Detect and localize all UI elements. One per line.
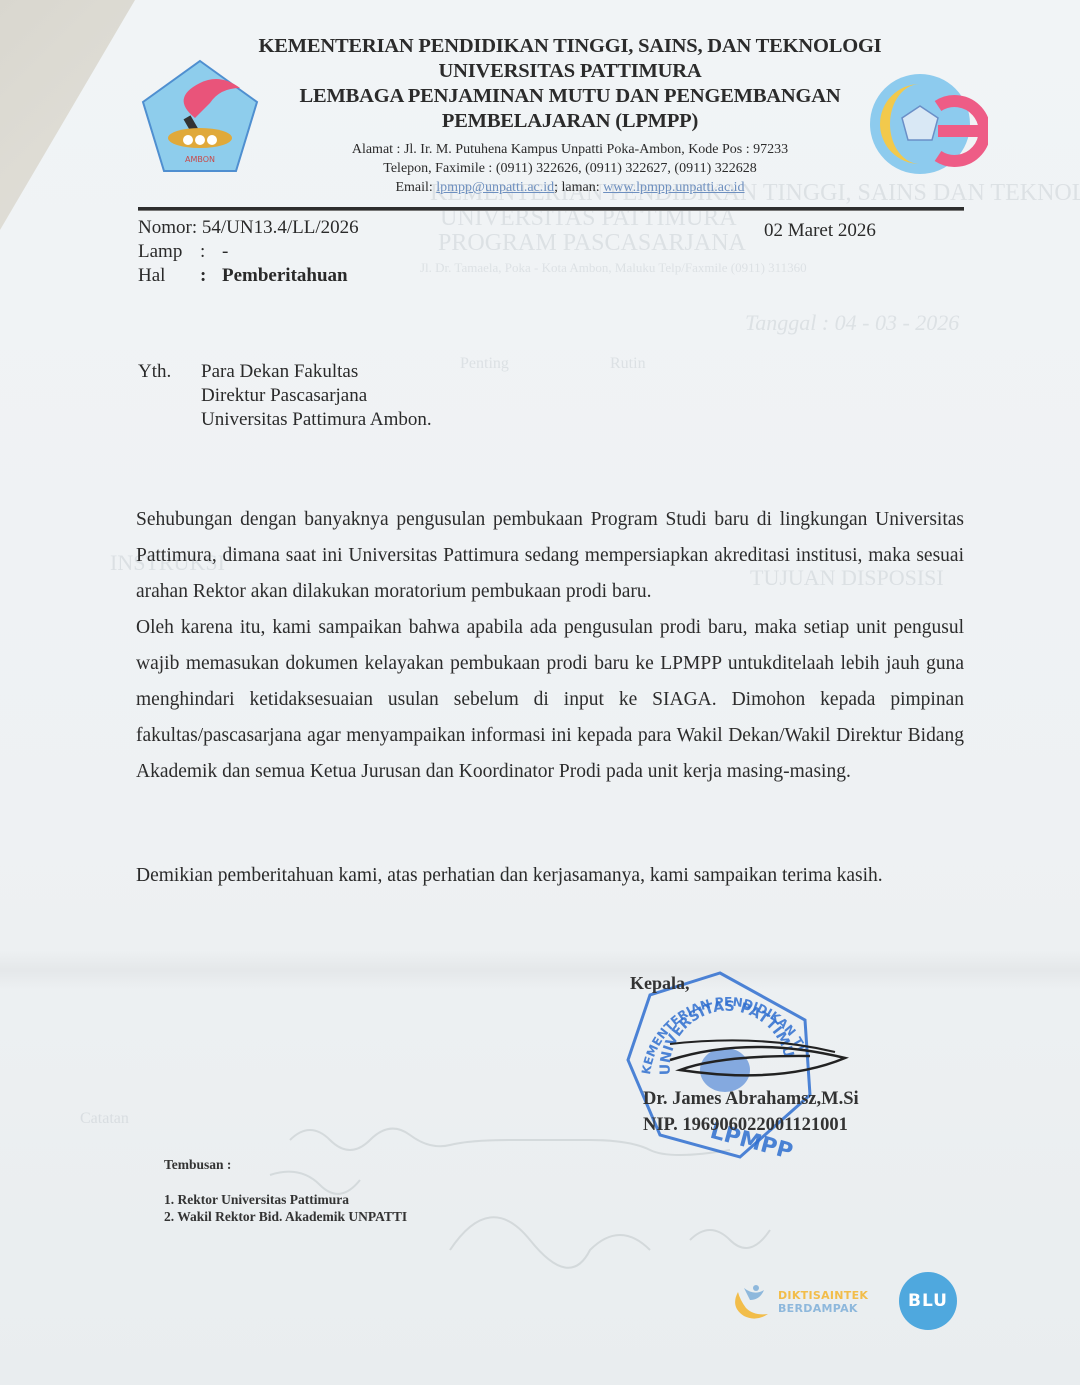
lamp-row: Lamp:- — [138, 240, 359, 264]
contact-line: Email: lpmpp@unpatti.ac.id; laman: www.l… — [200, 178, 940, 197]
signatory-block: Dr. James Abrahamsz,M.Si NIP. 1969060220… — [643, 1086, 859, 1138]
hal-label: Hal — [138, 264, 200, 288]
signatory-title: Kepala, — [630, 973, 690, 994]
bleed-status-penting: Penting — [460, 355, 509, 373]
closing-sentence: Demikian pemberitahuan kami, atas perhat… — [136, 865, 976, 887]
tembusan-label: Tembusan : — [164, 1156, 407, 1173]
lamp-value: - — [222, 240, 228, 264]
letter-meta: Nomor: 54/UN13.4/LL/2026 Lamp:- Hal:Pemb… — [138, 216, 359, 288]
hal-sep: : — [200, 264, 222, 288]
phone: Telepon, Faximile : (0911) 322626, (0911… — [200, 159, 940, 178]
institute-name: LEMBAGA PENJAMINAN MUTU DAN PENGEMBANGAN — [200, 84, 940, 109]
nomor-label: Nomor — [138, 216, 192, 240]
signatory-name: Dr. James Abrahamsz,M.Si — [643, 1086, 859, 1112]
nomor-row: Nomor: 54/UN13.4/LL/2026 — [138, 216, 359, 240]
dikti-line-1: DIKTISAINTEK — [778, 1289, 868, 1302]
lamp-label: Lamp — [138, 240, 200, 264]
institute-name-2: PEMBELAJARAN (LPMPP) — [200, 109, 940, 134]
signatory-nip: NIP. 196906022001121001 — [643, 1112, 859, 1138]
salutation: Yth. — [138, 360, 201, 432]
recipient-line-2: Direktur Pascasarjana — [201, 384, 432, 408]
bleed-tanggal: Tanggal : 04 - 03 - 2026 — [745, 310, 959, 336]
website-link[interactable]: www.lpmpp.unpatti.ac.id — [603, 180, 744, 195]
lamp-sep: : — [200, 240, 222, 264]
tembusan-item: 2. Wakil Rektor Bid. Akademik UNPATTI — [164, 1208, 407, 1225]
ministry-name: KEMENTERIAN PENDIDIKAN TINGGI, SAINS, DA… — [200, 34, 940, 59]
paper-fold — [0, 950, 1080, 990]
address: Alamat : Jl. Ir. M. Putuhena Kampus Unpa… — [200, 140, 940, 159]
tembusan-item: 1. Rektor Universitas Pattimura — [164, 1191, 407, 1208]
carbon-copy: Tembusan : 1. Rektor Universitas Pattimu… — [164, 1156, 407, 1225]
handwritten-signature — [660, 1030, 850, 1090]
nomor-value: 54/UN13.4/LL/2026 — [202, 216, 359, 240]
bleed-status-rutin: Rutin — [610, 355, 646, 373]
bleed-header-3: PROGRAM PASCASARJANA — [438, 230, 746, 257]
bleed-address: Jl. Dr. Tamaela, Poka - Kota Ambon, Malu… — [420, 260, 807, 276]
recipient-line-3: Universitas Pattimura Ambon. — [201, 408, 432, 432]
university-name: UNIVERSITAS PATTIMURA — [200, 59, 940, 84]
letterhead: KEMENTERIAN PENDIDIKAN TINGGI, SAINS, DA… — [200, 34, 940, 197]
recipient-line-1: Para Dekan Fakultas — [201, 360, 432, 384]
recipient-block: Yth. Para Dekan Fakultas Direktur Pascas… — [138, 360, 432, 432]
bleed-label-catatan: Catatan — [80, 1110, 129, 1128]
email-label: Email: — [395, 180, 436, 195]
letter-date: 02 Maret 2026 — [764, 220, 876, 242]
email-link[interactable]: lpmpp@unpatti.ac.id — [436, 180, 554, 195]
diktisaintek-berdampak-logo: DIKTISAINTEK BERDAMPAK — [730, 1282, 868, 1322]
hal-value: Pemberitahuan — [222, 264, 348, 288]
header-divider — [138, 207, 964, 211]
letter-body: Sehubungan dengan banyaknya pengusulan p… — [136, 502, 964, 790]
dikti-line-2: BERDAMPAK — [778, 1302, 868, 1315]
body-paragraph-2: Oleh karena itu, kami sampaikan bahwa ap… — [136, 610, 964, 790]
body-paragraph-1: Sehubungan dengan banyaknya pengusulan p… — [136, 502, 964, 610]
hal-row: Hal:Pemberitahuan — [138, 264, 359, 288]
diktisaintek-icon — [730, 1282, 770, 1322]
blu-logo: BLU — [899, 1272, 957, 1330]
web-label: ; laman: — [554, 180, 603, 195]
nomor-sep: : — [192, 216, 197, 240]
